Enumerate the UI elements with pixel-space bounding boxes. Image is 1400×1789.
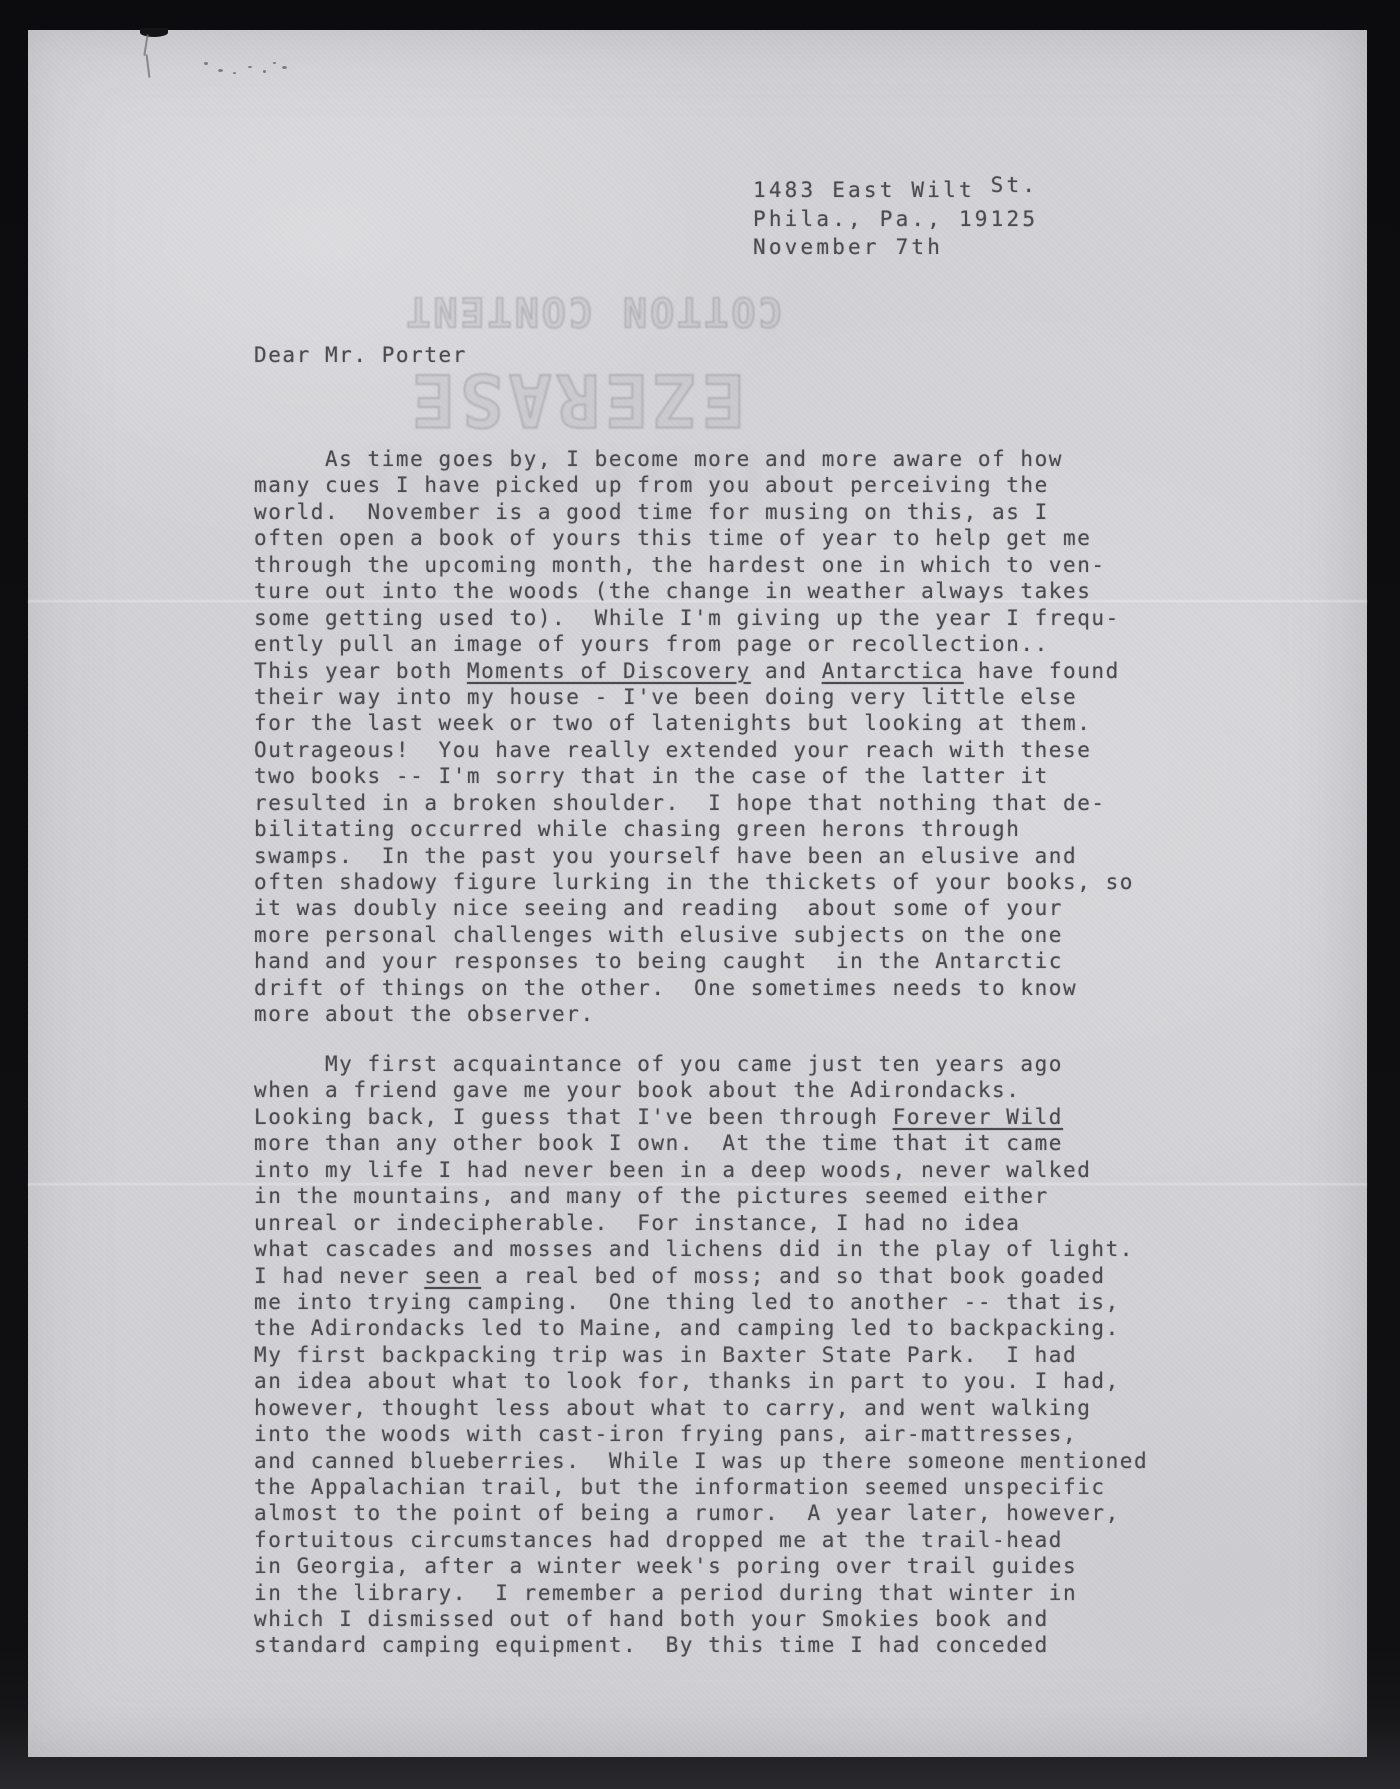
letter-line: 1483 East Wilt St. (753, 176, 1038, 205)
letter-line: ently pull an image of yours from page o… (254, 631, 1134, 657)
paper-speck (282, 66, 287, 69)
watermark-ezerase: EZERASE (358, 358, 794, 442)
letter-line: unreal or indecipherable. For instance, … (254, 1210, 1148, 1236)
letter-line: in the mountains, and many of the pictur… (254, 1183, 1148, 1209)
paper-speck (218, 69, 223, 72)
letter-line: almost to the point of being a rumor. A … (254, 1500, 1148, 1526)
letter-line: Looking back, I guess that I've been thr… (254, 1104, 1148, 1130)
letter-line: Phila., Pa., 19125 (753, 205, 1038, 234)
letter-line: As time goes by, I become more and more … (254, 446, 1134, 472)
letter-line: in Georgia, after a winter week's poring… (254, 1553, 1148, 1579)
watermark-cotton-content: COTTON CONTENT (383, 288, 803, 334)
letter-line: what cascades and mosses and lichens did… (254, 1236, 1148, 1262)
letter-line: into my life I had never been in a deep … (254, 1157, 1148, 1183)
letter-line: resulted in a broken shoulder. I hope th… (254, 790, 1134, 816)
letter-line: two books -- I'm sorry that in the case … (254, 763, 1134, 789)
paper-speck (263, 70, 266, 73)
paper-tear-crack (143, 34, 148, 56)
letter-line: their way into my house - I've been doin… (254, 684, 1134, 710)
letter-line: This year both Moments of Discovery and … (254, 658, 1134, 684)
letter-line: the Adirondacks led to Maine, and campin… (254, 1315, 1148, 1341)
letter-page: COTTON CONTENT EZERASE 1483 East Wilt St… (28, 30, 1367, 1757)
scanned-letter-photo: { "document_type": "typewritten letter (… (0, 0, 1400, 1789)
paper-speck (248, 66, 252, 68)
letter-line: when a friend gave me your book about th… (254, 1077, 1148, 1103)
letter-line: swamps. In the past you yourself have be… (254, 843, 1134, 869)
letter-line: Outrageous! You have really extended you… (254, 737, 1134, 763)
letter-line: more than any other book I own. At the t… (254, 1130, 1148, 1156)
letter-line: in the library. I remember a period duri… (254, 1580, 1148, 1606)
letter-line: fortuitous circumstances had dropped me … (254, 1527, 1148, 1553)
salutation: Dear Mr. Porter (254, 342, 467, 368)
letter-line: the Appalachian trail, but the informati… (254, 1474, 1148, 1500)
letter-line: through the upcoming month, the hardest … (254, 552, 1134, 578)
letter-line: standard camping equipment. By this time… (254, 1632, 1049, 1658)
letter-line: some getting used to). While I'm giving … (254, 605, 1134, 631)
letter-line: ture out into the woods (the change in w… (254, 578, 1134, 604)
letter-line: however, thought less about what to carr… (254, 1395, 1148, 1421)
letter-line: an idea about what to look for, thanks i… (254, 1368, 1148, 1394)
letter-line: and canned blueberries. While I was up t… (254, 1448, 1148, 1474)
letter-line: often shadowy figure lurking in the thic… (254, 869, 1134, 895)
letter-line: world. November is a good time for musin… (254, 499, 1134, 525)
letter-line: me into trying camping. One thing led to… (254, 1289, 1148, 1315)
letter-line: for the last week or two of latenights b… (254, 710, 1134, 736)
letter-line: My first backpacking trip was in Baxter … (254, 1342, 1148, 1368)
letter-paragraph-3: standard camping equipment. By this time… (254, 1632, 1049, 1658)
letter-line: November 7th (753, 233, 1038, 262)
letter-line: often open a book of yours this time of … (254, 525, 1134, 551)
letter-paragraph-2: My first acquaintance of you came just t… (254, 1051, 1148, 1633)
paper-tear-crack (146, 54, 151, 78)
paper-tear-nick (140, 28, 168, 37)
letter-line: hand and your responses to being caught … (254, 948, 1134, 974)
letter-line: bilitating occurred while chasing green … (254, 816, 1134, 842)
letter-line: which I dismissed out of hand both your … (254, 1606, 1148, 1632)
letter-line: I had never seen a real bed of moss; and… (254, 1263, 1148, 1289)
letter-line: many cues I have picked up from you abou… (254, 472, 1134, 498)
paper-speck (273, 62, 276, 64)
letter-line: drift of things on the other. One someti… (254, 975, 1134, 1001)
letter-line: more about the observer. (254, 1001, 1134, 1027)
paper-speck (204, 62, 208, 65)
return-address: 1483 East Wilt St.Phila., Pa., 19125Nove… (753, 176, 1038, 262)
letter-line: more personal challenges with elusive su… (254, 922, 1134, 948)
paper-speck (233, 72, 236, 74)
letter-line: My first acquaintance of you came just t… (254, 1051, 1148, 1077)
letter-paragraph-1: As time goes by, I become more and more … (254, 446, 1134, 1028)
letter-line: it was doubly nice seeing and reading ab… (254, 895, 1134, 921)
letter-line: into the woods with cast-iron frying pan… (254, 1421, 1148, 1447)
salutation-text: Dear Mr. Porter (254, 343, 467, 367)
